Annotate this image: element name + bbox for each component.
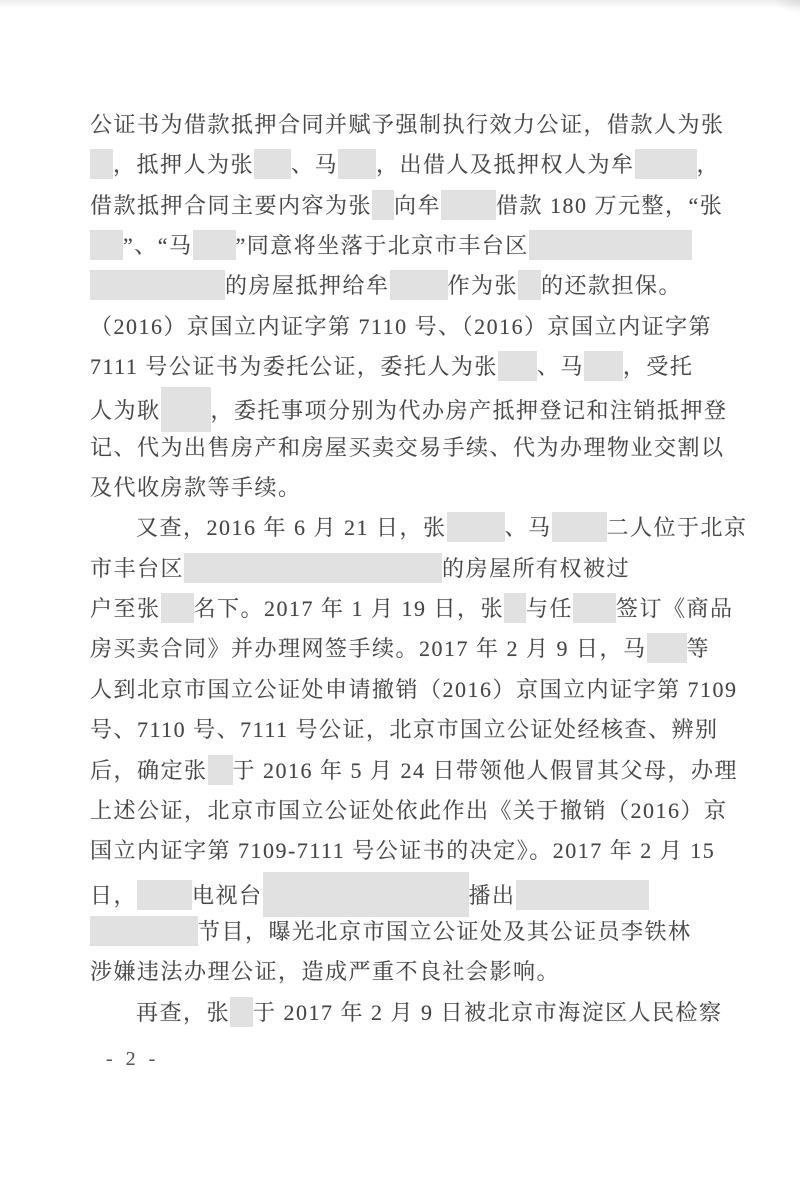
- text-line: 公证书为借款抵押合同并赋予强制执行效力公证，借款人为张: [90, 105, 745, 145]
- redaction-box: [635, 149, 697, 179]
- text-line: 后，确定张于 2016 年 5 月 24 日带领他人假冒其父母，办理: [90, 751, 745, 791]
- text-segment: 7111 号公证书为委托公证，委托人为张: [90, 354, 498, 379]
- text-segment: 节目，曝光北京市国立公证处及其公证员李铁林: [198, 919, 692, 944]
- text-line: 国立内证字第 7109-7111 号公证书的决定》。2017 年 2 月 15: [90, 831, 745, 871]
- text-segment: 电视台: [192, 883, 263, 908]
- text-segment: 国立内证字第 7109-7111 号公证书的决定》。2017 年 2 月 15: [90, 838, 715, 863]
- text-segment: 的房屋抵押给牟: [225, 273, 390, 298]
- text-segment: 、马: [537, 354, 584, 379]
- text-segment: ，委托事项分别为代办房产抵押登记和注销抵押登: [211, 398, 728, 423]
- text-line: 号、7110 号、7111 号公证，北京市国立公证处经核查、辨别: [90, 710, 745, 750]
- text-segment: 公证书为借款抵押合同并赋予强制执行效力公证，借款人为张: [90, 112, 725, 137]
- text-line: 节目，曝光北京市国立公证处及其公证员李铁林: [90, 912, 745, 952]
- text-segment: 房买卖合同》并办理网签手续。2017 年 2 月 9 日，马: [90, 636, 647, 661]
- text-segment: 向牟: [394, 193, 441, 218]
- text-segment: 再查，张: [136, 1000, 230, 1025]
- text-segment: 于 2017 年 2 月 9 日被北京市海淀区人民检察: [253, 1000, 723, 1025]
- redaction-box: [184, 553, 442, 583]
- redaction-box: [137, 880, 192, 910]
- text-line: 房买卖合同》并办理网签手续。2017 年 2 月 9 日，马等: [90, 629, 745, 669]
- redaction-box: [254, 149, 291, 179]
- redaction-box: [90, 270, 225, 300]
- text-segment: ，出借人及抵押权人为牟: [376, 152, 635, 177]
- text-segment: 等: [687, 636, 711, 661]
- scan-edge-artifact: [0, 0, 800, 8]
- text-line: 涉嫌违法办理公证，造成严重不良社会影响。: [90, 952, 745, 992]
- text-line: 户至张名下。2017 年 1 月 19 日，张与任签订《商品: [90, 589, 745, 629]
- redaction-box: [161, 593, 194, 623]
- redaction-box: [90, 230, 123, 260]
- text-line: 又查，2016 年 6 月 21 日，张、马二人位于北京: [90, 508, 745, 548]
- text-segment: 播出: [469, 883, 516, 908]
- text-line: 的房屋抵押给牟作为张的还款担保。: [90, 266, 745, 306]
- text-line: 再查，张于 2017 年 2 月 9 日被北京市海淀区人民检察: [90, 993, 745, 1033]
- redaction-box: [504, 593, 526, 623]
- redaction-box: [516, 880, 649, 910]
- text-segment: 签订《商品: [616, 596, 734, 621]
- text-segment: 的房屋所有权被过: [442, 556, 630, 581]
- scan-corner-artifact: [774, 0, 800, 14]
- text-segment: 及代收房款等手续。: [90, 475, 302, 500]
- page-number: - 2 -: [106, 1048, 159, 1071]
- text-segment: 与任: [526, 596, 573, 621]
- text-line: 人到北京市国立公证处申请撤销（2016）京国立内证字第 7109: [90, 670, 745, 710]
- text-segment: 作为张: [448, 273, 519, 298]
- text-segment: 上述公证，北京市国立公证处依此作出《关于撤销（2016）京: [90, 798, 728, 823]
- text-segment: 于 2016 年 5 月 24 日带领他人假冒其父母，办理: [233, 758, 739, 783]
- text-segment: ，抵押人为张: [113, 152, 254, 177]
- redaction-box: [193, 230, 236, 260]
- redaction-box: [208, 755, 233, 785]
- redaction-box: [230, 997, 253, 1027]
- document-text: 公证书为借款抵押合同并赋予强制执行效力公证，借款人为张，抵押人为张、马，出借人及…: [90, 105, 745, 1033]
- redaction-box: [573, 593, 616, 623]
- text-line: 上述公证，北京市国立公证处依此作出《关于撤销（2016）京: [90, 791, 745, 831]
- text-segment: 后，确定张: [90, 758, 208, 783]
- text-line: ”、“马”同意将坐落于北京市丰台区: [90, 226, 745, 266]
- text-segment: 号、7110 号、7111 号公证，北京市国立公证处经核查、辨别: [90, 717, 719, 742]
- redaction-box: [338, 149, 376, 179]
- text-segment: ”同意将坐落于北京市丰台区: [236, 233, 529, 258]
- text-segment: 的还款担保。: [541, 273, 682, 298]
- text-line: 及代收房款等手续。: [90, 468, 745, 508]
- redaction-box: [441, 190, 496, 220]
- redaction-box: [584, 351, 623, 381]
- text-segment: 人为耿: [90, 398, 161, 423]
- text-line: 市丰台区的房屋所有权被过: [90, 549, 745, 589]
- redaction-box: [90, 916, 198, 946]
- redaction-box: [647, 633, 687, 663]
- redaction-box: [161, 387, 211, 432]
- text-line: 记、代为出售房产和房屋买卖交易手续、代为办理物业交割以: [90, 428, 745, 468]
- text-segment: 借款 180 万元整，“张: [496, 193, 723, 218]
- text-segment: 、马: [291, 152, 338, 177]
- text-segment: 又查，2016 年 6 月 21 日，张: [136, 515, 447, 540]
- text-segment: 借款抵押合同主要内容为张: [90, 193, 372, 218]
- redaction-box: [263, 872, 469, 917]
- text-segment: 名下。2017 年 1 月 19 日，张: [194, 596, 505, 621]
- text-segment: ”、“马: [123, 233, 193, 258]
- text-line: 人为耿，委托事项分别为代办房产抵押登记和注销抵押登: [90, 387, 745, 427]
- redaction-box: [390, 270, 448, 300]
- document-page: 公证书为借款抵押合同并赋予强制执行效力公证，借款人为张，抵押人为张、马，出借人及…: [0, 0, 800, 1177]
- redaction-box: [90, 149, 113, 179]
- text-segment: 人到北京市国立公证处申请撤销（2016）京国立内证字第 7109: [90, 677, 738, 702]
- redaction-box: [372, 190, 394, 220]
- text-segment: （2016）京国立内证字第 7110 号、（2016）京国立内证字第: [90, 314, 712, 339]
- text-line: 借款抵押合同主要内容为张向牟借款 180 万元整，“张: [90, 186, 745, 226]
- text-line: 7111 号公证书为委托公证，委托人为张、马，受托: [90, 347, 745, 387]
- text-segment: 户至张: [90, 596, 161, 621]
- text-segment: 、马: [505, 515, 552, 540]
- text-line: 日，电视台播出: [90, 872, 745, 912]
- text-segment: 涉嫌违法办理公证，造成严重不良社会影响。: [90, 959, 560, 984]
- redaction-box: [498, 351, 537, 381]
- redaction-box: [518, 270, 541, 300]
- text-segment: 记、代为出售房产和房屋买卖交易手续、代为办理物业交割以: [90, 435, 725, 460]
- text-segment: 市丰台区: [90, 556, 184, 581]
- text-segment: ，受托: [623, 354, 694, 379]
- text-segment: 二人位于北京: [607, 515, 748, 540]
- redaction-box: [552, 512, 607, 542]
- text-segment: 日，: [90, 883, 137, 908]
- text-line: ，抵押人为张、马，出借人及抵押权人为牟，: [90, 145, 745, 185]
- redaction-box: [529, 230, 692, 260]
- text-segment: ，: [697, 152, 721, 177]
- redaction-box: [447, 512, 505, 542]
- text-line: （2016）京国立内证字第 7110 号、（2016）京国立内证字第: [90, 307, 745, 347]
